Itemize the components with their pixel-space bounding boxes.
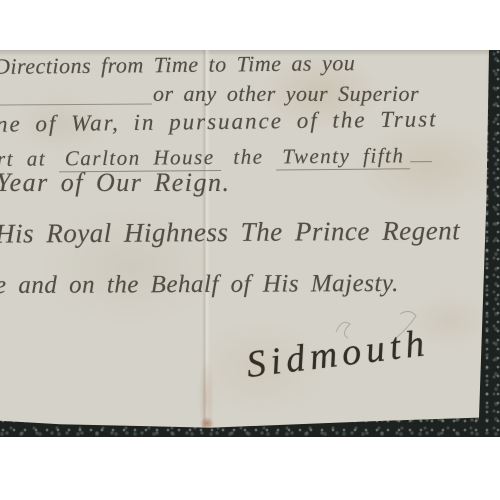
photograph: Directions from Time to Time as you or a… [0, 50, 500, 437]
fill-in-twenty-fifth: Twenty fifth [276, 143, 410, 170]
blank-rule [0, 103, 152, 105]
document-line-prince-regent: His Royal Highness The Prince Regent [0, 215, 460, 249]
dated-mid: the [233, 145, 263, 169]
signature-sidmouth: Sidmouth [244, 321, 432, 387]
trailing-rule [410, 140, 432, 162]
document-line-superior: or any other your Superior [153, 81, 419, 107]
document-line-reign: Year of Our Reign. [0, 168, 231, 198]
document-line-directions: Directions from Time to Time as you [0, 50, 355, 80]
document-line-majesty: e and on the Behalf of His Majesty. [0, 270, 399, 300]
parchment-document: Directions from Time to Time as you or a… [0, 50, 500, 437]
document-line-trust: ne of War, in pursuance of the Trust [0, 106, 438, 137]
